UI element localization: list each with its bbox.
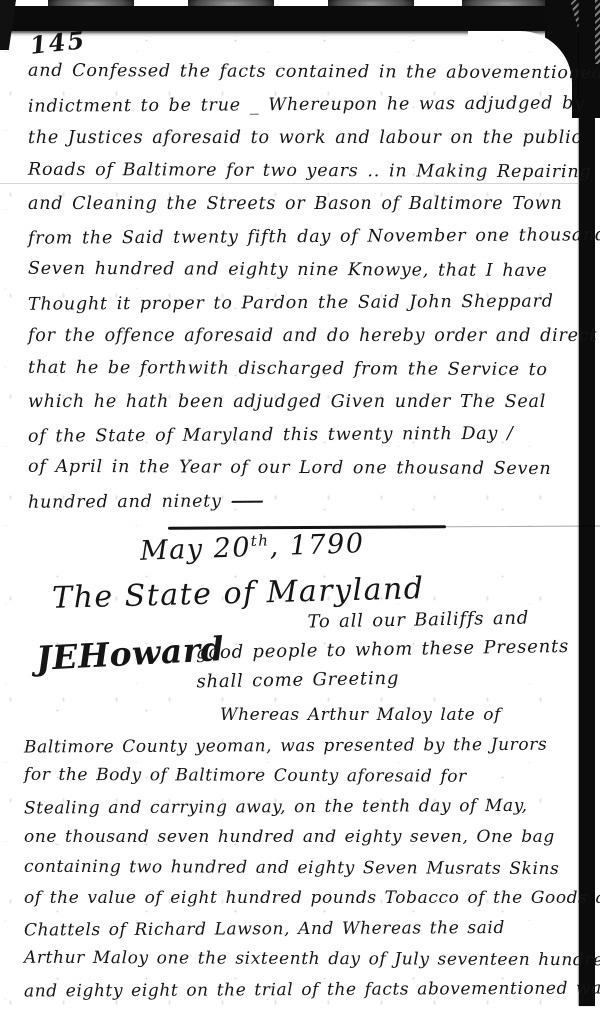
greeting-block: To all our Bailiffs and good people to w… [195, 603, 586, 697]
manuscript-line: Seven hundred and eighty nine Knowye, th… [28, 253, 588, 288]
paragraph-pardon-sheppard: and Confessed the facts contained in the… [28, 56, 588, 518]
scanned-manuscript-page: 145 and Confessed the facts contained in… [0, 0, 600, 1020]
manuscript-line: which he hath been adjudged Given under … [28, 386, 588, 419]
manuscript-line: and Confessed the facts contained in the… [28, 55, 588, 90]
manuscript-line: one thousand seven hundred and eighty se… [24, 822, 594, 853]
manuscript-line-closing: hundred and ninety —— [28, 483, 588, 519]
greeting-line: shall come Greeting [196, 661, 586, 697]
manuscript-line: Whereas Arthur Maloy late of [24, 700, 594, 731]
date-ordinal-superscript: th [250, 531, 269, 550]
manuscript-line: for the offence aforesaid and do hereby … [28, 320, 588, 353]
manuscript-line: that he be forthwith discharged from the… [28, 352, 588, 387]
manuscript-line: the Justices aforesaid to work and labou… [28, 122, 588, 155]
manuscript-line: Stealing and carrying away, on the tenth… [24, 790, 594, 823]
date-heading: May 20th, 1790 [140, 528, 365, 567]
manuscript-line: and eighty eight on the trial of the fac… [24, 973, 594, 1006]
manuscript-line: Baltimore County yeoman, was presented b… [24, 729, 594, 762]
manuscript-line: Arthur Maloy one the sixteenth day of Ju… [24, 943, 594, 976]
manuscript-line: indictment to be true _ Whereupon he was… [28, 87, 588, 123]
manuscript-line: Roads of Baltimore for two years .. in M… [28, 154, 588, 189]
manuscript-line: from the Said twenty fifth day of Novemb… [28, 219, 588, 255]
manuscript-line: containing two hundred and eighty Seven … [24, 851, 594, 884]
manuscript-line: Chattels of Richard Lawson, And Whereas … [24, 912, 594, 945]
date-suffix: , 1790 [269, 528, 365, 562]
binding-shadow-top [0, 6, 572, 31]
closing-text: hundred and ninety [28, 492, 222, 513]
paragraph-maloy-presentment: Whereas Arthur Maloy late of Baltimore C… [24, 700, 594, 1005]
manuscript-line: and Cleaning the Streets or Bason of Bal… [28, 188, 588, 221]
manuscript-line: for the Body of Baltimore County aforesa… [24, 760, 594, 793]
closing-dash: —— [231, 491, 262, 511]
manuscript-line: of the State of Maryland this twenty nin… [28, 417, 588, 453]
manuscript-line: of April in the Year of our Lord one tho… [28, 451, 588, 486]
manuscript-line: of the value of eight hundred pounds Tob… [24, 883, 594, 914]
manuscript-line: Thought it proper to Pardon the Said Joh… [28, 285, 588, 321]
date-prefix: May 20 [140, 532, 252, 567]
